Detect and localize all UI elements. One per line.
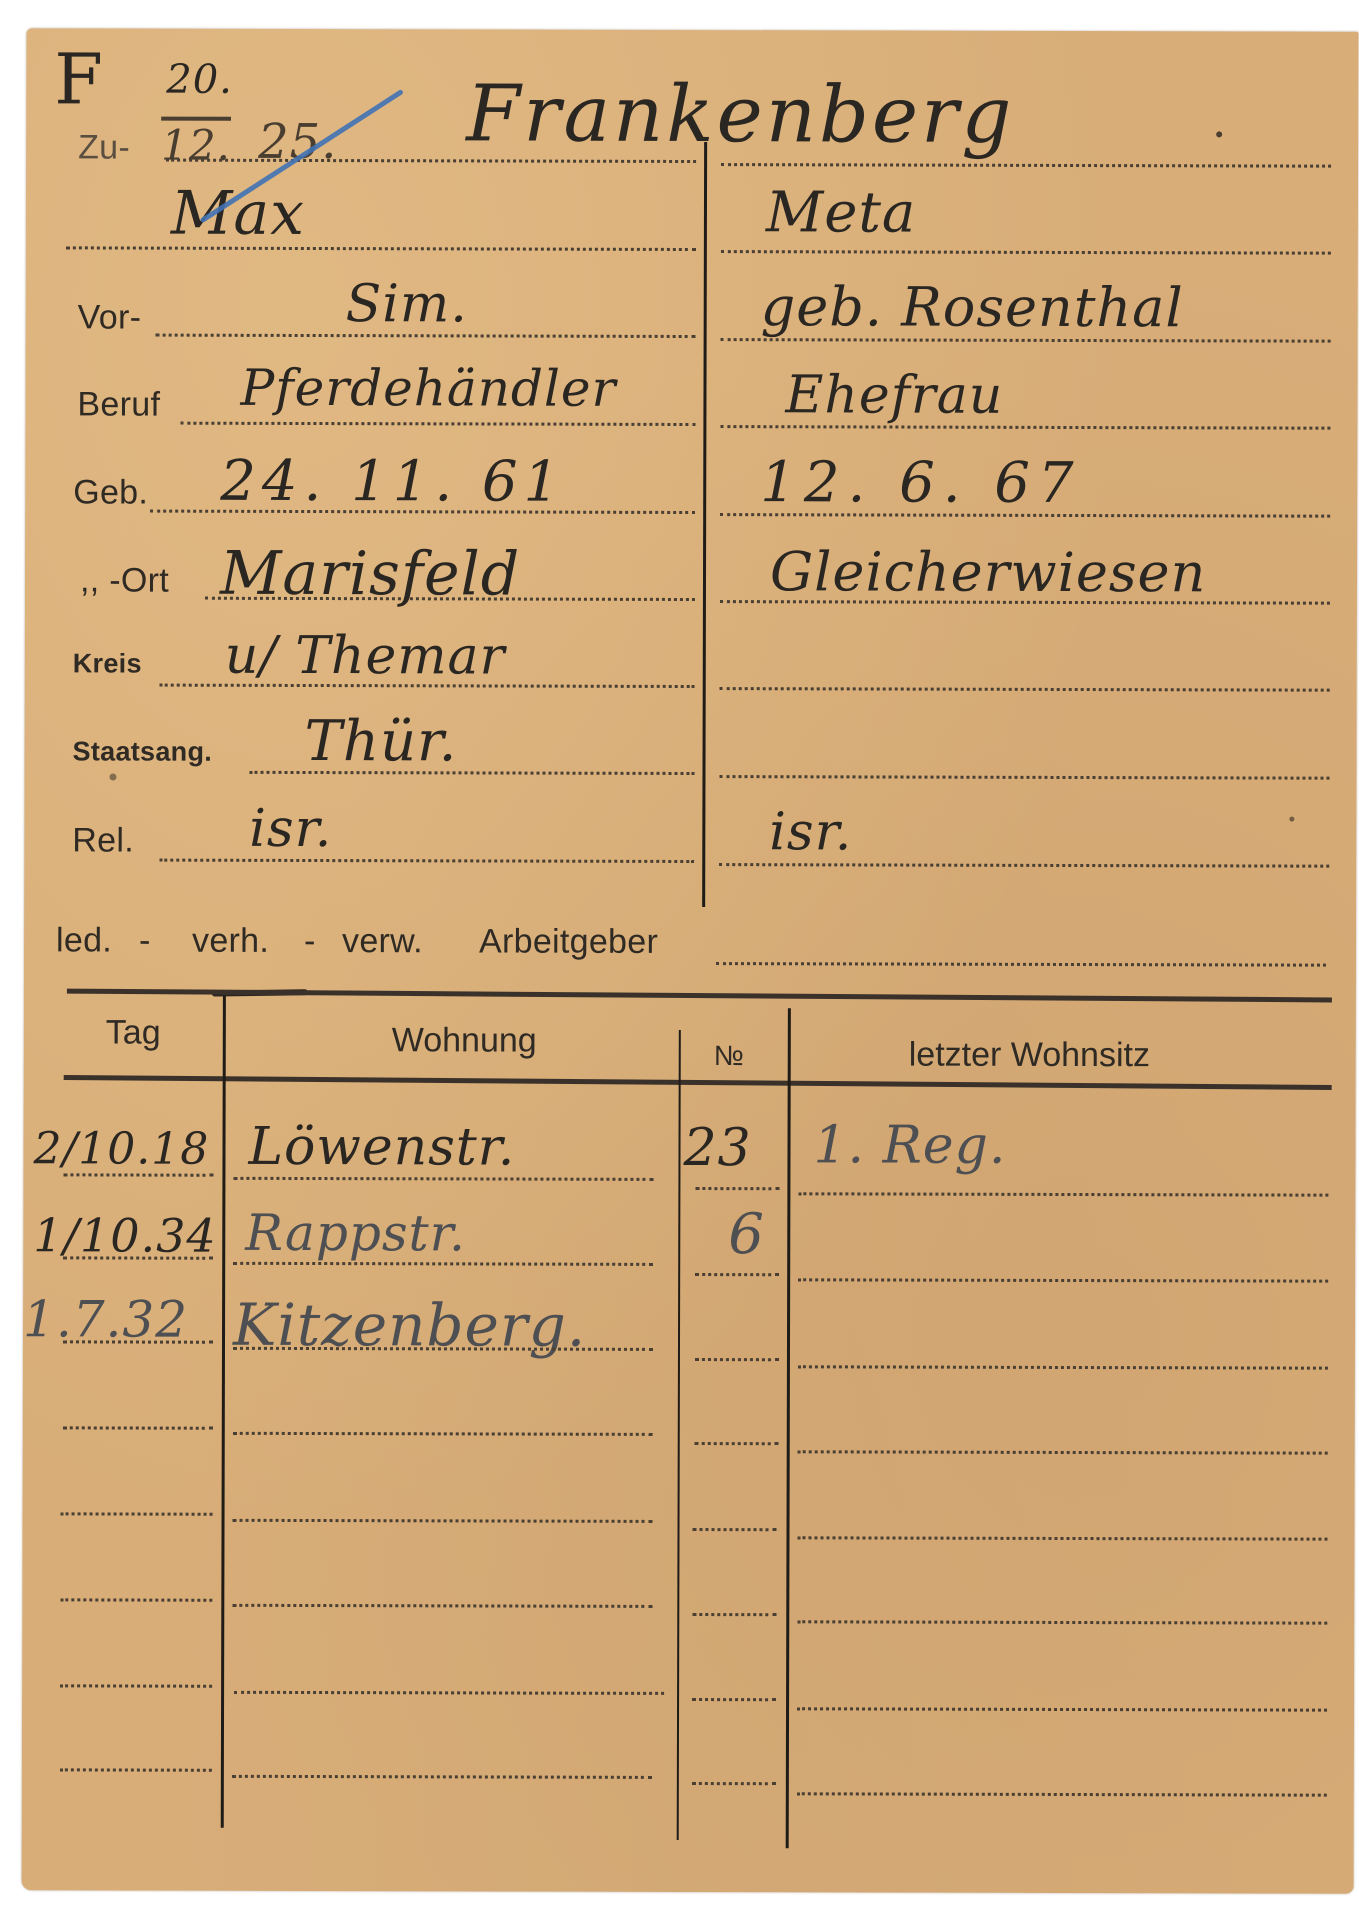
row-1-letzter-wohnsitz: 1. Reg.	[813, 1115, 1006, 1176]
dotted-line	[180, 422, 695, 426]
table-dotted-line	[234, 1691, 664, 1695]
table-dotted-line	[233, 1519, 653, 1523]
label-beruf: Beruf	[77, 385, 160, 424]
marital-verh: verh.	[192, 922, 269, 961]
table-dotted-line	[60, 1598, 212, 1601]
dotted-line	[721, 163, 1331, 168]
husband-staatsang: Thür.	[304, 709, 457, 774]
husband-geb: 24. 11. 61	[220, 449, 565, 515]
wife-vorname: Meta	[766, 180, 917, 245]
paper-speck	[1216, 131, 1222, 137]
table-dotted-line	[695, 1273, 779, 1276]
marital-led: led.	[56, 921, 112, 960]
table-dotted-line	[798, 1278, 1328, 1282]
husband-kreis: u/ Themar	[225, 626, 506, 687]
table-dotted-line	[692, 1698, 776, 1701]
table-dotted-line	[61, 1512, 213, 1515]
table-dotted-line	[695, 1442, 779, 1445]
table-dotted-line	[232, 1604, 652, 1608]
label-kreis: Kreis	[73, 648, 142, 679]
table-dotted-line	[233, 1177, 653, 1181]
dotted-line	[66, 246, 696, 251]
husband-beruf: Pferdehändler	[240, 359, 616, 418]
employer-dotted-line	[716, 962, 1326, 967]
table-dotted-line	[797, 1536, 1327, 1540]
row-2-wohnung: Rappstr.	[245, 1204, 466, 1263]
dotted-line	[166, 159, 696, 163]
row-2-nr: 6	[728, 1202, 765, 1267]
dotted-line	[720, 425, 1330, 430]
table-dotted-line	[693, 1528, 777, 1531]
wife-religion: isr.	[769, 802, 852, 862]
dotted-line	[159, 859, 694, 863]
table-dotted-line	[63, 1426, 213, 1429]
paper-speck	[1289, 817, 1294, 822]
marital-sep-1: -	[139, 922, 151, 961]
husband-ort: Marisfeld	[220, 539, 520, 610]
table-header-tag: Tag	[106, 1013, 161, 1052]
label-vorname: Vor-	[78, 298, 142, 337]
wife-geborene: geb. Rosenthal	[761, 275, 1184, 339]
label-rel: Rel.	[72, 821, 134, 860]
label-staatsang: Staatsang.	[73, 736, 213, 767]
table-dotted-line	[63, 1340, 213, 1343]
dotted-line	[721, 250, 1331, 255]
row-1-wohnung: Löwenstr.	[248, 1117, 515, 1178]
table-dotted-line	[232, 1775, 652, 1779]
corner-date-top: 20.	[166, 57, 233, 103]
label-arbeitgeber: Arbeitgeber	[479, 922, 658, 961]
dotted-line	[719, 775, 1329, 780]
table-dotted-line	[233, 1432, 653, 1436]
table-col-divider-tag	[221, 996, 226, 1828]
surname: Frankenberg	[466, 69, 1014, 160]
table-header-wohnung: Wohnung	[392, 1021, 537, 1060]
corner-mark: F	[54, 38, 104, 120]
table-dotted-line	[63, 1173, 213, 1176]
table-dotted-line	[60, 1768, 212, 1771]
column-divider	[702, 142, 707, 907]
label-zu: Zu-	[78, 128, 130, 167]
husband-religion: isr.	[249, 799, 332, 859]
table-dotted-line	[797, 1620, 1327, 1624]
wife-beruf: Ehefrau	[785, 365, 1003, 426]
husband-vorname: Sim.	[346, 274, 468, 334]
label-ort: ,, -Ort	[80, 561, 169, 600]
table-col-divider-wohnung	[677, 1030, 681, 1840]
crossed-out-name: Max	[171, 179, 305, 249]
dotted-line	[719, 863, 1329, 868]
table-dotted-line	[798, 1192, 1328, 1196]
table-dotted-line	[233, 1262, 653, 1266]
table-dotted-line	[798, 1450, 1328, 1454]
table-dotted-line	[60, 1684, 212, 1687]
table-dotted-line	[797, 1707, 1327, 1711]
registration-card: F 20. Zu- 12. 25. Frankenberg Max Vor- B…	[22, 28, 1359, 1893]
marital-verw: verw.	[342, 922, 423, 961]
wife-ort: Gleicherwiesen	[770, 540, 1206, 604]
row-2-tag: 1/10.34	[33, 1208, 217, 1262]
table-dotted-line	[695, 1358, 779, 1361]
table-header-nr: №	[714, 1040, 744, 1072]
table-col-divider-nr	[786, 1008, 791, 1848]
table-dotted-line	[695, 1187, 779, 1190]
table-dotted-line	[797, 1792, 1327, 1796]
row-1-nr: 23	[683, 1118, 751, 1178]
table-dotted-line	[692, 1782, 776, 1785]
wife-geb: 12. 6. 67	[760, 450, 1082, 516]
table-dotted-line	[63, 1256, 213, 1259]
marital-sep-2: -	[304, 922, 316, 961]
table-header-letzter-wohnsitz: letzter Wohnsitz	[909, 1036, 1150, 1076]
row-1-tag: 2/10.18	[33, 1123, 209, 1174]
dotted-line	[720, 687, 1330, 692]
table-header-rule	[64, 1075, 1332, 1090]
corner-date-month: 12.	[161, 121, 231, 170]
label-geb: Geb.	[73, 473, 148, 512]
paper-speck	[109, 773, 116, 780]
table-dotted-line	[798, 1365, 1328, 1369]
table-dotted-line	[692, 1613, 776, 1616]
